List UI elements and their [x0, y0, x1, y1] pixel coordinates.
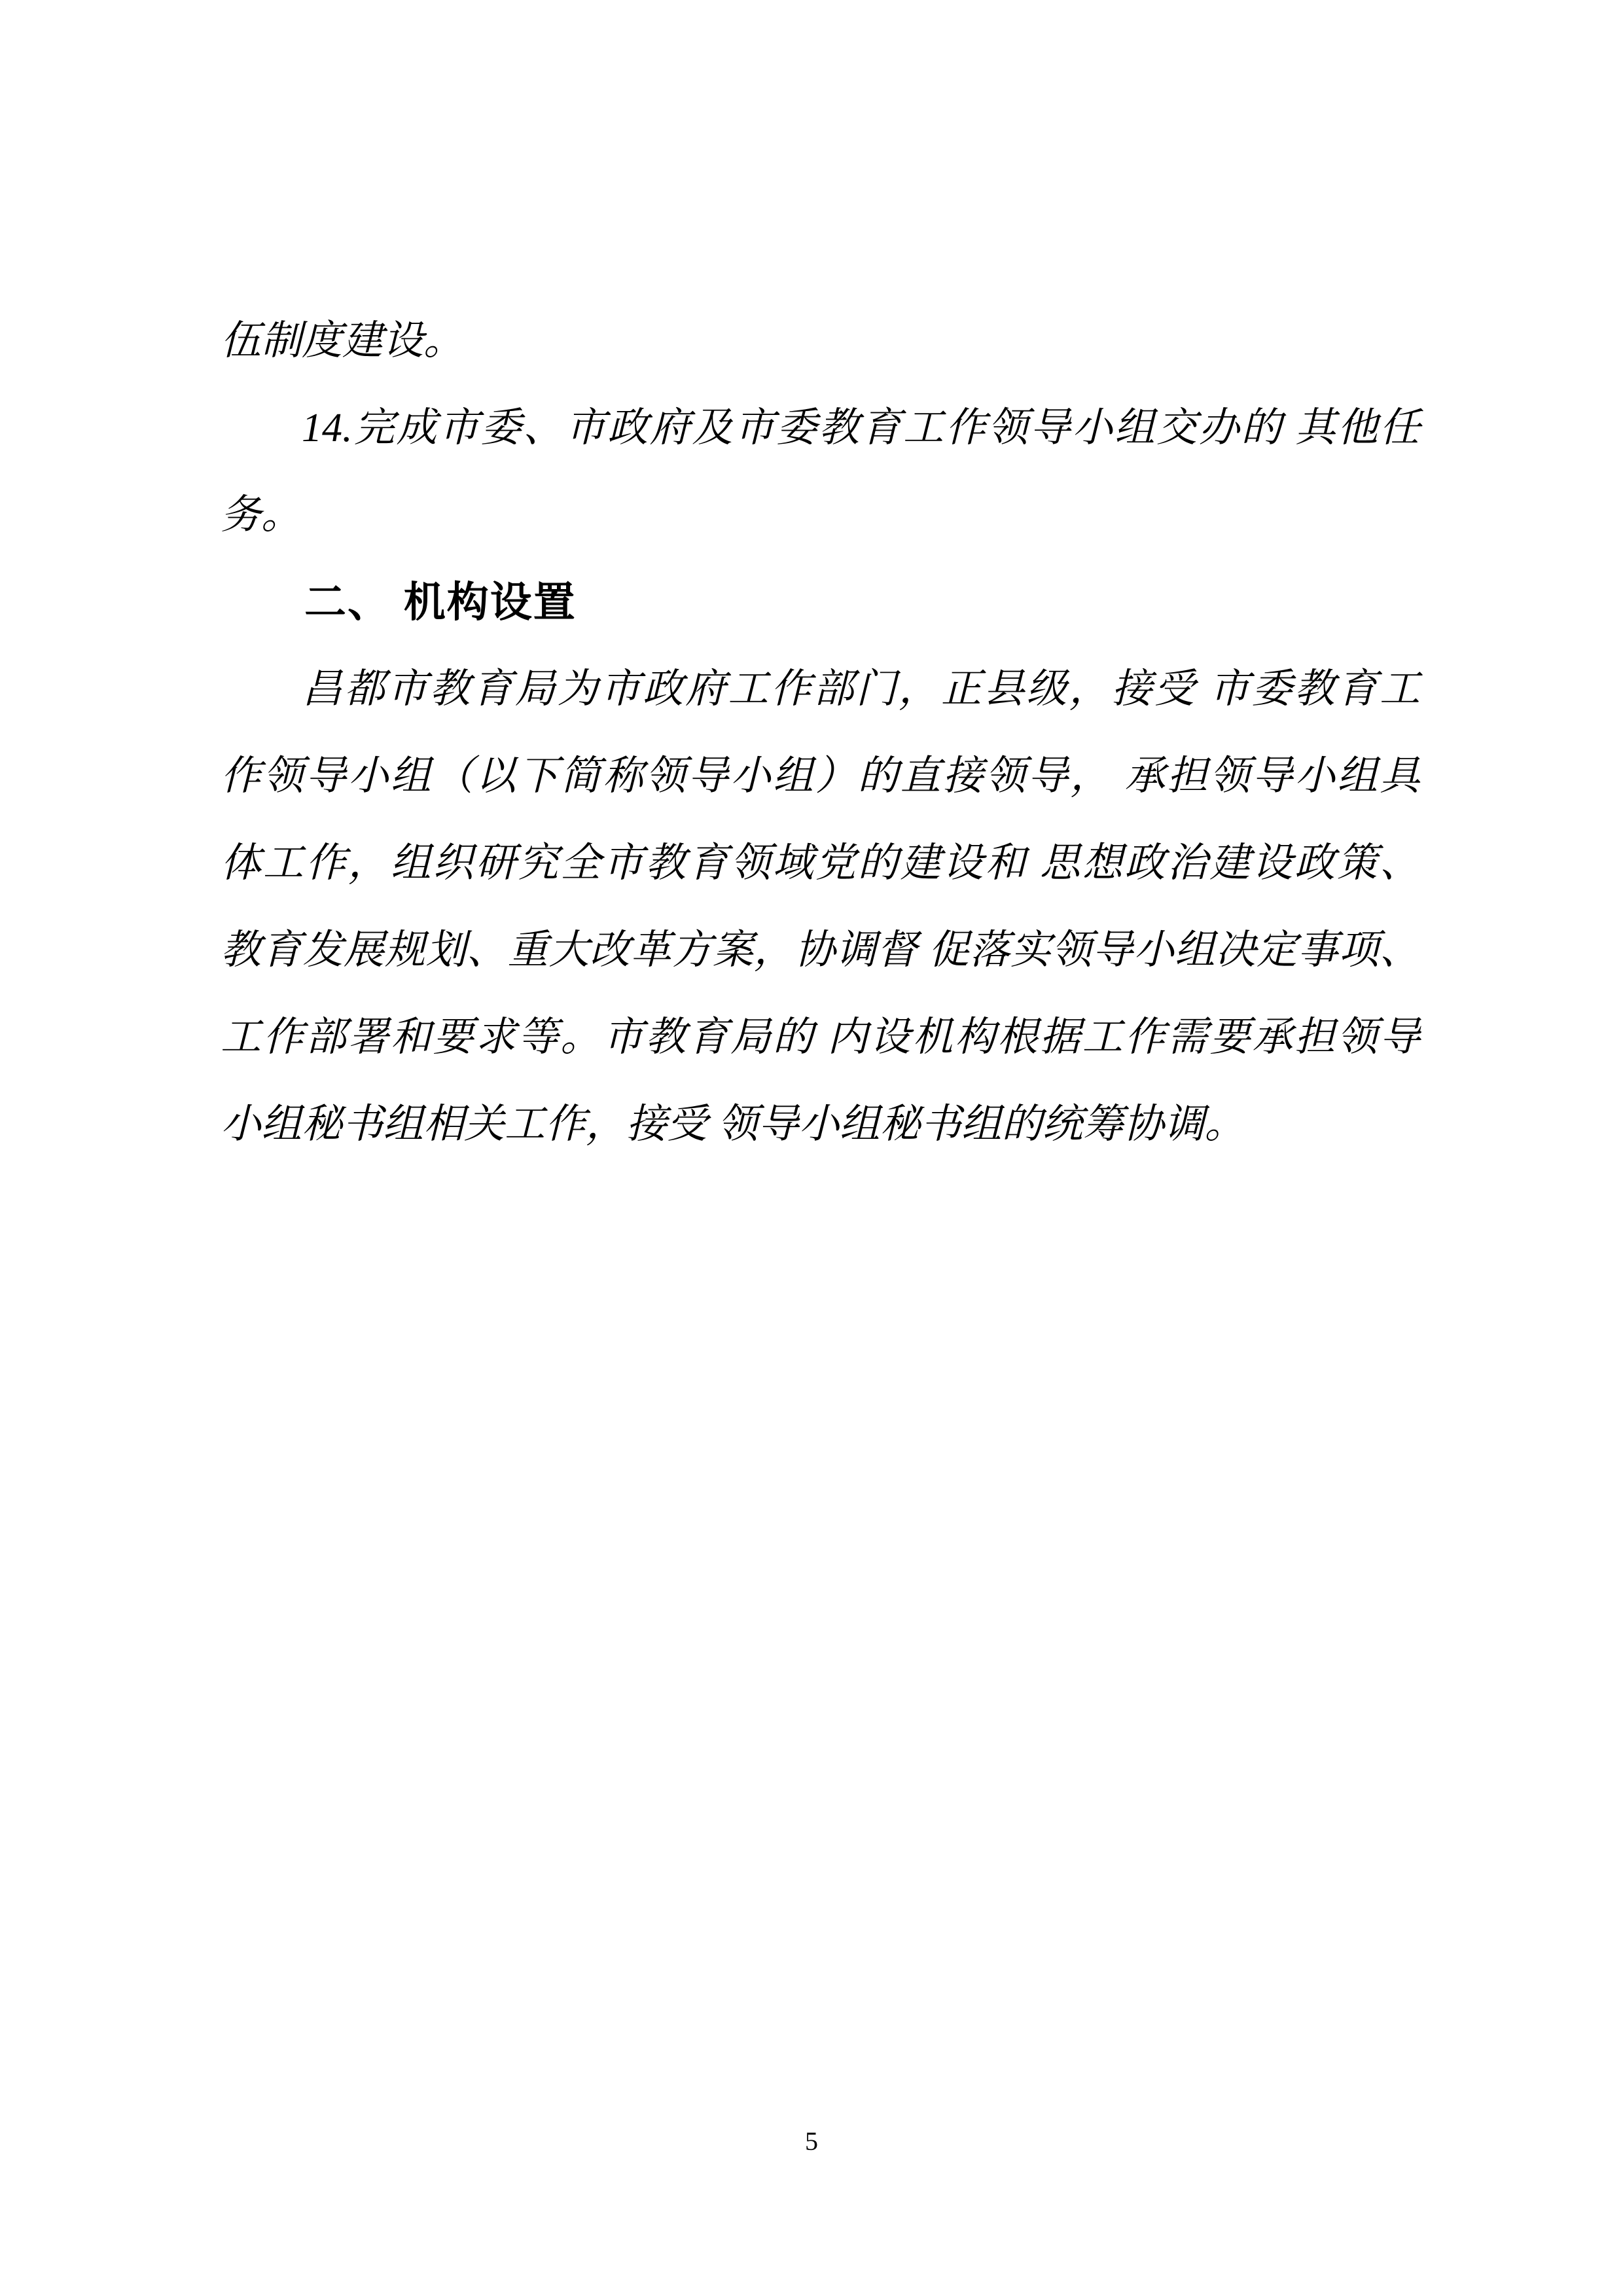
org-paragraph-line-6: 小组秘书组相关工作，接受 领导小组秘书组的统筹协调。 — [221, 1081, 1420, 1168]
org-paragraph-line-2: 作领导小组（以下简称领导小组）的直接领导， 承担领导小组具 — [221, 733, 1420, 820]
document-body: 伍制度建设。 14.完成市委、市政府及市委教育工作领导小组交办的 其他任 务。 … — [221, 298, 1420, 1168]
org-paragraph-line-4: 教育发展规划、重大改革方案，协调督 促落实领导小组决定事项、 — [221, 907, 1420, 994]
paragraph-tail-line: 伍制度建设。 — [221, 298, 1420, 385]
item-14-line-2: 务。 — [221, 472, 1420, 559]
document-page: 伍制度建设。 14.完成市委、市政府及市委教育工作领导小组交办的 其他任 务。 … — [0, 0, 1623, 2296]
org-paragraph-line-3: 体工作，组织研究全市教育领域党的建设和 思想政治建设政策、 — [221, 820, 1420, 907]
item-14-line-1: 14.完成市委、市政府及市委教育工作领导小组交办的 其他任 — [221, 385, 1420, 472]
page-number: 5 — [0, 2126, 1623, 2157]
org-paragraph-line-1: 昌都市教育局为市政府工作部门，正县级，接受 市委教育工 — [221, 646, 1420, 733]
org-paragraph-line-5: 工作部署和要求等。市教育局的 内设机构根据工作需要承担领导 — [221, 994, 1420, 1081]
section-heading: 二、 机构设置 — [221, 559, 1420, 646]
